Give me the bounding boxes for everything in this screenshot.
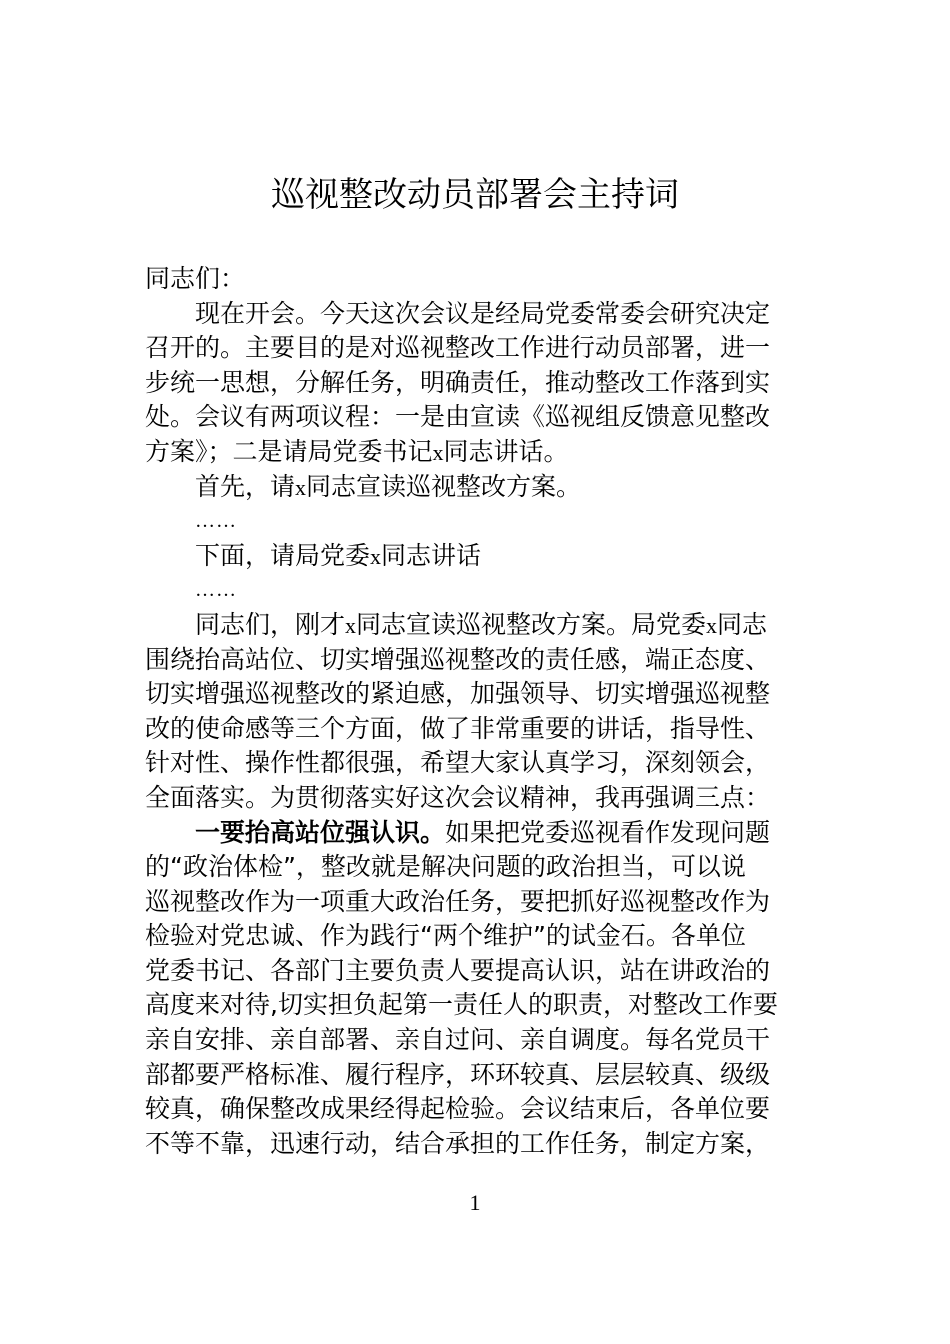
text-span: 同志们，刚才: [195, 610, 345, 639]
text-span: 同志: [717, 610, 767, 639]
text-span: 同志宣读巡视整改方案。: [306, 472, 581, 501]
ellipsis: ……: [145, 573, 815, 608]
paragraph-first-agenda: 首先，请x同志宣读巡视整改方案。: [145, 470, 815, 505]
paragraph-second-agenda: 下面，请局党委x同志讲话: [145, 539, 815, 574]
text-span: 如果把党委巡视看作发现问题: [445, 818, 770, 847]
text-line: 较真，确保整改成果经得起检验。会议结束后，各单位要: [145, 1092, 815, 1127]
salutation: 同志们：: [145, 262, 815, 297]
text-line: 高度来对待,切实担负起第一责任人的职责，对整改工作要: [145, 988, 815, 1023]
text-line: 部都要严格标准、履行程序，环环较真、层层较真、级级: [145, 1058, 815, 1093]
document-body: 同志们： 现在开会。今天这次会议是经局党委常委会研究决定 召开的。主要目的是对巡…: [145, 262, 815, 1161]
placeholder-name: x: [345, 613, 356, 638]
section-heading: 一要抬高站位强认识。: [195, 818, 445, 847]
text-line: 全面落实。为贯彻落实好这次会议精神，我再强调三点：: [145, 781, 815, 816]
document-page: 巡视整改动员部署会主持词 同志们： 现在开会。今天这次会议是经局党委常委会研究决…: [0, 0, 950, 1344]
text-line: 改的使命感等三个方面，做了非常重要的讲话，指导性、: [145, 712, 815, 747]
document-title: 巡视整改动员部署会主持词: [0, 172, 950, 218]
text-span: 同志讲话。: [444, 437, 569, 466]
placeholder-name: x: [706, 613, 717, 638]
paragraph-point-one: 一要抬高站位强认识。如果把党委巡视看作发现问题 的“政治体检”，整改就是解决问题…: [145, 816, 815, 1162]
text-line: 的“政治体检”，整改就是解决问题的政治担当，可以说: [145, 850, 815, 885]
text-line: 巡视整改作为一项重大政治任务，要把抓好巡视整改作为: [145, 885, 815, 920]
text-line: 召开的。主要目的是对巡视整改工作进行动员部署，进一: [145, 331, 815, 366]
placeholder-name: x: [295, 475, 306, 500]
text-line: 党委书记、各部门主要负责人要提高认识，站在讲政治的: [145, 954, 815, 989]
page-number: 1: [0, 1190, 950, 1216]
text-line: 检验对党忠诚、作为践行“两个维护”的试金石。各单位: [145, 919, 815, 954]
text-line: 围绕抬高站位、切实增强巡视整改的责任感，端正态度、: [145, 643, 815, 678]
text-span: 同志讲话: [381, 541, 481, 570]
placeholder-name: x: [370, 544, 381, 569]
text-line: 方案》；二是请局党委书记x同志讲话。: [145, 435, 815, 470]
text-span: 首先，请: [195, 472, 295, 501]
paragraph-summary: 同志们，刚才x同志宣读巡视整改方案。局党委x同志 围绕抬高站位、切实增强巡视整改…: [145, 608, 815, 816]
ellipsis: ……: [145, 504, 815, 539]
text-line: 不等不靠，迅速行动，结合承担的工作任务，制定方案，: [145, 1127, 815, 1162]
text-line: 步统一思想，分解任务，明确责任，推动整改工作落到实: [145, 366, 815, 401]
text-span: 下面，请局党委: [195, 541, 370, 570]
text-line: 同志们，刚才x同志宣读巡视整改方案。局党委x同志: [145, 608, 815, 643]
text-span: 同志宣读巡视整改方案。局党委: [356, 610, 706, 639]
text-line: 处。会议有两项议程：一是由宣读《巡视组反馈意见整改: [145, 400, 815, 435]
text-line: 亲自安排、亲自部署、亲自过问、亲自调度。每名党员干: [145, 1023, 815, 1058]
text-line: 切实增强巡视整改的紧迫感，加强领导、切实增强巡视整: [145, 677, 815, 712]
text-span: 方案》；二是请局党委书记: [145, 437, 433, 466]
placeholder-name: x: [433, 440, 444, 465]
paragraph-opening: 现在开会。今天这次会议是经局党委常委会研究决定 召开的。主要目的是对巡视整改工作…: [145, 297, 815, 470]
text-line: 针对性、操作性都很强，希望大家认真学习，深刻领会，: [145, 746, 815, 781]
text-line: 一要抬高站位强认识。如果把党委巡视看作发现问题: [145, 816, 815, 851]
text-line: 现在开会。今天这次会议是经局党委常委会研究决定: [145, 297, 815, 332]
